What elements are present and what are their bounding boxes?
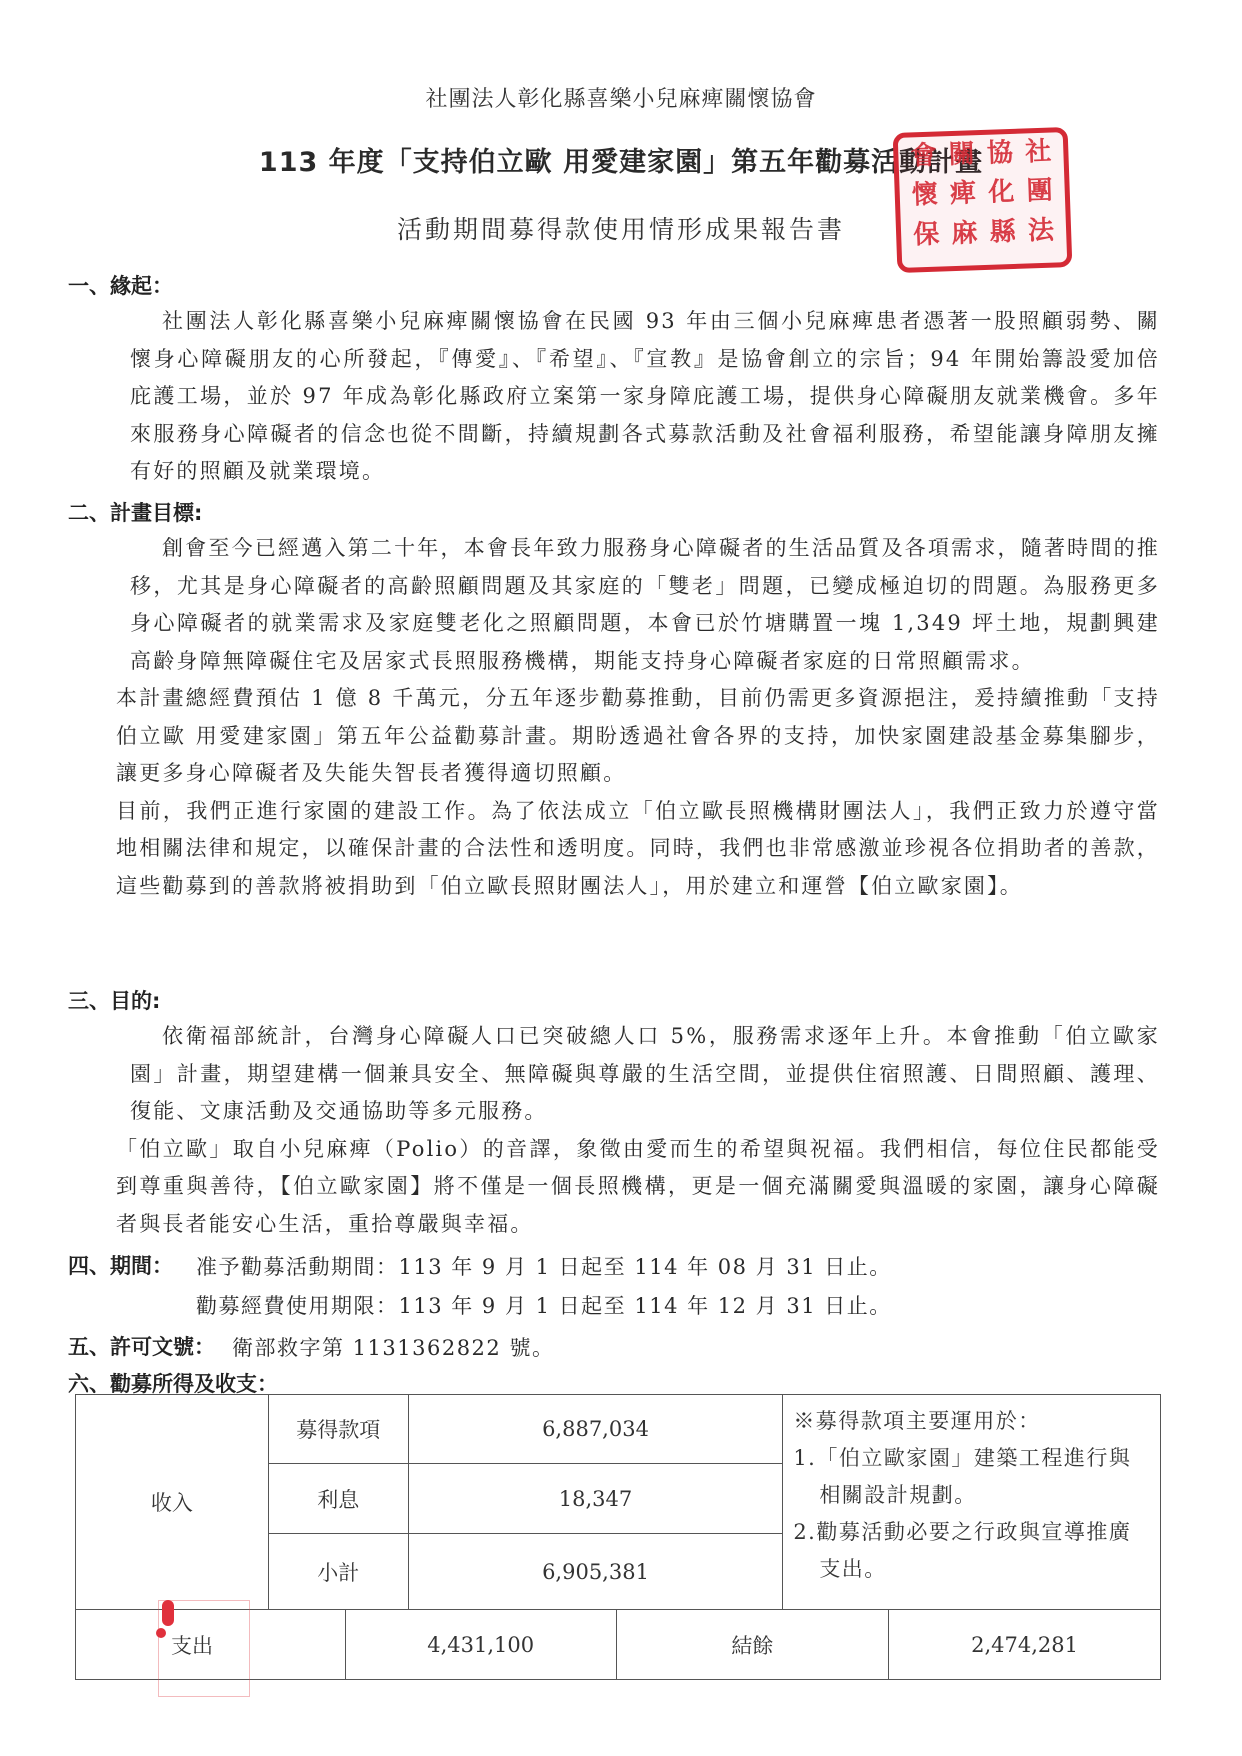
row-label: 利息: [268, 1464, 408, 1534]
income-label: 收入: [76, 1395, 269, 1610]
note-item: 1.「伯立歐家園」建築工程進行與相關設計規劃。: [793, 1440, 1150, 1514]
permit-number: 衛部救字第 1131362822 號。: [232, 1332, 554, 1362]
paragraph: 「伯立歐」取自小兒麻痺（Polio）的音譯，象徵由愛而生的希望與祝福。我們相信，…: [116, 1131, 1160, 1244]
seal-char: 化: [982, 179, 1022, 220]
seal-char: 團: [1020, 178, 1060, 219]
seal-char: 關: [942, 141, 982, 182]
ink-dot-icon: [156, 1628, 166, 1638]
row-value: 6,887,034: [408, 1395, 783, 1464]
seal-char: 懷: [905, 182, 945, 223]
seal-char: 法: [1021, 217, 1061, 258]
row-value: 18,347: [408, 1464, 783, 1534]
balance-label: 結餘: [616, 1610, 889, 1680]
paragraph: 本計畫總經費預估 1 億 8 千萬元，分五年逐步勸募推動，目前仍需更多資源挹注，…: [116, 680, 1160, 793]
seal-char: 痺: [944, 180, 984, 221]
section-body-purpose: 依衛福部統計，台灣身心障礙人口已突破總人口 5%，服務需求逐年上升。本會推動「伯…: [130, 1018, 1160, 1243]
organization-name: 社團法人彰化縣喜樂小兒麻痺關懷協會: [0, 82, 1242, 113]
section-heading-permit: 五、許可文號：: [68, 1331, 215, 1361]
section-heading-origin: 一、緣起：: [68, 270, 173, 300]
official-seal-icon: 會 關 協 社 懷 痺 化 團 保 麻 縣 法: [893, 127, 1073, 273]
paragraph: 社團法人彰化縣喜樂小兒麻痺關懷協會在民國 93 年由三個小兒麻痺患者憑著一股照顧…: [130, 303, 1160, 491]
section-heading-purpose: 三、目的:: [68, 985, 160, 1015]
seal-char: 保: [907, 221, 947, 262]
section-heading-goals: 二、計畫目標:: [68, 497, 202, 527]
fundraising-period: 准予勸募活動期間：113 年 9 月 1 日起至 114 年 08 月 31 日…: [196, 1251, 892, 1281]
expense-value: 4,431,100: [345, 1610, 616, 1680]
ink-dot-icon: [162, 1600, 174, 1626]
seal-char: 會: [904, 142, 944, 183]
row-label: 小計: [268, 1534, 408, 1610]
balance-value: 2,474,281: [889, 1610, 1161, 1680]
paragraph: 目前，我們正進行家園的建設工作。為了依法成立「伯立歐長照機構財團法人」，我們正致…: [116, 793, 1160, 906]
section-body-origin: 社團法人彰化縣喜樂小兒麻痺關懷協會在民國 93 年由三個小兒麻痺患者憑著一股照顧…: [130, 303, 1160, 491]
seal-char: 協: [980, 140, 1020, 181]
seal-char: 社: [1019, 138, 1059, 179]
row-label: 募得款項: [268, 1395, 408, 1464]
fund-usage-period: 勸募經費使用期限：113 年 9 月 1 日起至 114 年 12 月 31 日…: [196, 1290, 892, 1320]
section-body-goals: 創會至今已經邁入第二十年，本會長年致力服務身心障礙者的生活品質及各項需求，隨著時…: [130, 530, 1160, 905]
paragraph: 依衛福部統計，台灣身心障礙人口已突破總人口 5%，服務需求逐年上升。本會推動「伯…: [130, 1018, 1160, 1131]
row-value: 6,905,381: [408, 1534, 783, 1610]
seal-char: 麻: [945, 220, 985, 261]
note-item: 2.勸募活動必要之行政與宣導推廣支出。: [793, 1514, 1150, 1588]
seal-char: 縣: [983, 218, 1023, 259]
table-row: 收入 募得款項 6,887,034 ※募得款項主要運用於： 1.「伯立歐家園」建…: [76, 1395, 1161, 1464]
section-heading-period: 四、期間：: [68, 1250, 173, 1280]
paragraph: 創會至今已經邁入第二十年，本會長年致力服務身心障礙者的生活品質及各項需求，隨著時…: [130, 530, 1160, 680]
note-title: ※募得款項主要運用於：: [793, 1403, 1150, 1440]
fund-usage-note: ※募得款項主要運用於： 1.「伯立歐家園」建築工程進行與相關設計規劃。 2.勸募…: [783, 1395, 1161, 1610]
